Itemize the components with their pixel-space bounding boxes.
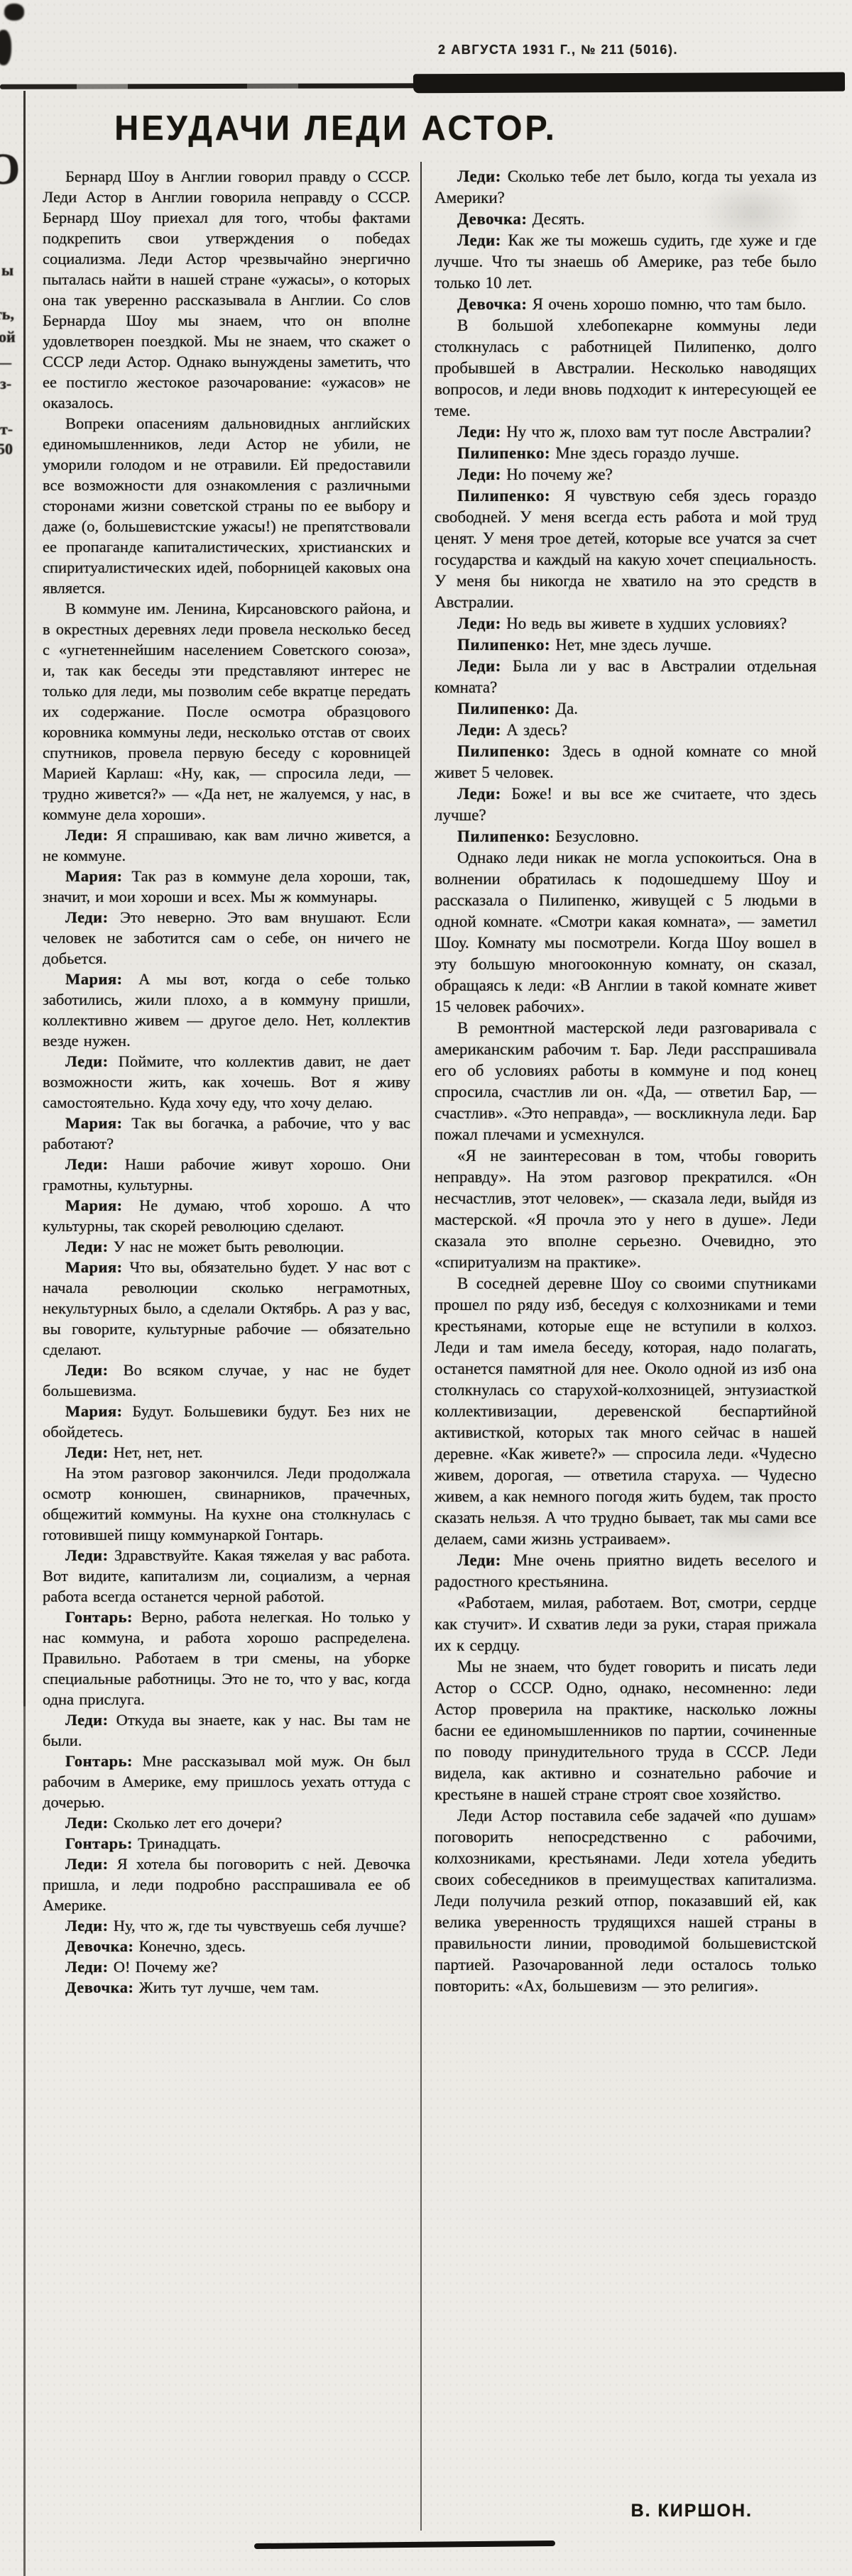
article-paragraph: Леди: Боже! и вы все же считаете, что зд…	[435, 783, 816, 826]
speaker-name: Леди:	[65, 1546, 109, 1564]
speaker-name: Леди:	[65, 1238, 109, 1255]
speaker-name: Леди:	[65, 1711, 109, 1729]
article-paragraph: Леди: Я хотела бы поговорить с ней. Дево…	[43, 1854, 410, 1915]
speaker-name: Пилипенко:	[457, 827, 550, 845]
speaker-name: Девочка:	[65, 1937, 133, 1955]
article-paragraph: Леди: Нет, нет, нет.	[43, 1442, 410, 1463]
speaker-name: Леди:	[457, 721, 501, 739]
speaker-name: Мария:	[65, 1402, 123, 1420]
page-title: НЕУДАЧИ ЛЕДИ АСТОР.	[91, 107, 581, 148]
article-paragraph: В ремонтной мастерской леди разговаривал…	[435, 1018, 816, 1145]
article-paragraph: Леди: Во всяком случае, у нас не будет б…	[43, 1360, 410, 1401]
article-paragraph: Леди: Откуда вы знаете, как у нас. Вы та…	[43, 1710, 410, 1751]
article-paragraph: В соседней деревне Шоу со своими спутник…	[435, 1273, 816, 1550]
article-paragraph: В коммуне им. Ленина, Кирсановского райо…	[43, 598, 410, 825]
masthead-rule-thin	[0, 83, 426, 89]
article-paragraph: На этом разговор закончился. Леди продол…	[43, 1463, 410, 1545]
article-paragraph: Мария: Не думаю, чтоб хорошо. А что куль…	[43, 1195, 410, 1236]
margin-text-fragment: ы	[1, 261, 13, 280]
speaker-name: Гонтарь:	[65, 1752, 133, 1770]
article-paragraph: Пилипенко: Безусловно.	[435, 826, 816, 847]
article-paragraph: Леди: Это неверно. Это вам внушают. Если…	[43, 907, 410, 969]
speaker-name: Леди:	[457, 785, 501, 803]
article-paragraph: Пилипенко: Я чувствую себя здесь гораздо…	[435, 485, 816, 613]
speaker-name: Пилипенко:	[457, 742, 550, 760]
speaker-name: Леди:	[65, 1443, 109, 1461]
article-paragraph: Пилипенко: Да.	[435, 698, 816, 720]
article-paragraph: Мария: Что вы, обязательно будет. У нас …	[43, 1257, 410, 1360]
article-paragraph: Вопреки опасениям дальновидных английски…	[43, 413, 410, 598]
article-paragraph: Девочка: Десять.	[435, 209, 816, 230]
article-paragraph: Леди: Но почему же?	[435, 464, 816, 485]
article-paragraph: Леди: Ну, что ж, где ты чувствуешь себя …	[43, 1915, 410, 1936]
article-paragraph: Леди: А здесь?	[435, 720, 816, 741]
margin-text-fragment: з-	[0, 375, 11, 393]
article-paragraph: Леди: Ну что ж, плохо вам тут после Авст…	[435, 422, 816, 443]
article-paragraph: Мария: А мы вот, когда о себе только заб…	[43, 969, 410, 1051]
newspaper-page: 2 АВГУСТА 1931 Г., № 211 (5016). НЕУДАЧИ…	[0, 0, 852, 2576]
column-divider-rule	[420, 162, 422, 2531]
speaker-name: Леди:	[65, 1814, 109, 1832]
speaker-name: Девочка:	[457, 210, 528, 228]
article-paragraph: «Я не заинтересован в том, чтобы говорит…	[435, 1145, 816, 1273]
left-margin-rule	[23, 91, 26, 2576]
article-paragraph: Леди: Но ведь вы живете в худших условия…	[435, 613, 816, 634]
article-paragraph: Однако леди никак не могла успокоиться. …	[435, 847, 816, 1018]
speaker-name: Леди:	[457, 657, 501, 675]
article-paragraph: Пилипенко: Мне здесь гораздо лучше.	[435, 443, 816, 464]
ink-smudge	[0, 30, 11, 65]
masthead-rule-thick	[413, 72, 845, 94]
speaker-name: Леди:	[65, 908, 109, 926]
speaker-name: Леди:	[65, 826, 109, 844]
article-paragraph: «Работаем, милая, работаем. Вот, смотри,…	[435, 1592, 816, 1656]
article-paragraph: Леди: О! Почему же?	[43, 1956, 410, 1977]
article-paragraph: Леди: Сколько тебе лет было, когда ты уе…	[435, 166, 816, 209]
article-column-left: Бернард Шоу в Англии говорил правду о СС…	[43, 166, 410, 1998]
article-paragraph: Мы не знаем, что будет говорить и писать…	[435, 1656, 816, 1805]
article-paragraph: Гонтарь: Верно, работа нелегкая. Но толь…	[43, 1607, 410, 1710]
speaker-name: Девочка:	[65, 1978, 133, 1996]
margin-text-fragment: —	[0, 353, 11, 372]
speaker-name: Мария:	[65, 1258, 123, 1276]
article-paragraph: Бернард Шоу в Англии говорил правду о СС…	[43, 166, 410, 413]
article-paragraph: Пилипенко: Здесь в одной комнате со мной…	[435, 741, 816, 783]
speaker-name: Мария:	[65, 1114, 123, 1132]
article-paragraph: Леди Астор поставила себе задачей «по ду…	[435, 1805, 816, 1997]
article-paragraph: Леди: Мне очень приятно видеть веселого …	[435, 1550, 816, 1592]
article-paragraph: Леди: Я спрашиваю, как вам лично живется…	[43, 825, 410, 866]
margin-text-fragment: ть,	[0, 305, 14, 324]
speaker-name: Леди:	[65, 1855, 109, 1873]
article-paragraph: Леди: Поймите, что коллектив давит, не д…	[43, 1051, 410, 1113]
speaker-name: Леди:	[65, 1361, 109, 1379]
article-paragraph: В большой хлебопекарне коммуны леди стол…	[435, 315, 816, 422]
speaker-name: Мария:	[65, 1196, 123, 1214]
speaker-name: Девочка:	[457, 295, 528, 313]
speaker-name: Леди:	[457, 423, 501, 441]
author-signature: В. КИРШОН.	[435, 2501, 753, 2521]
article-paragraph: Леди: У нас не может быть революции.	[43, 1236, 410, 1257]
article-paragraph: Леди: Как же ты можешь судить, где хуже …	[435, 230, 816, 294]
speaker-name: Мария:	[65, 867, 123, 885]
speaker-name: Леди:	[457, 231, 501, 249]
speaker-name: Леди:	[65, 1052, 109, 1070]
article-paragraph: Мария: Будут. Большевики будут. Без них …	[43, 1401, 410, 1442]
dateline: 2 АВГУСТА 1931 Г., № 211 (5016).	[438, 43, 793, 57]
speaker-name: Пилипенко:	[457, 700, 550, 717]
margin-text-fragment: О	[0, 145, 20, 195]
margin-text-fragment: ой	[0, 328, 16, 346]
article-paragraph: Леди: Сколько лет его дочери?	[43, 1812, 410, 1833]
speaker-name: Мария:	[65, 970, 123, 988]
speaker-name: Пилипенко:	[457, 444, 550, 462]
article-paragraph: Гонтарь: Мне рассказывал мой муж. Он был…	[43, 1751, 410, 1812]
speaker-name: Пилипенко:	[457, 636, 550, 654]
speaker-name: Леди:	[65, 1958, 109, 1976]
speaker-name: Леди:	[457, 615, 501, 632]
article-paragraph: Пилипенко: Нет, мне здесь лучше.	[435, 634, 816, 656]
ink-smudge	[4, 4, 24, 21]
article-paragraph: Мария: Так вы богачка, а рабочие, что у …	[43, 1113, 410, 1154]
speaker-name: Леди:	[65, 1917, 109, 1934]
article-paragraph: Гонтарь: Тринадцать.	[43, 1833, 410, 1854]
speaker-name: Леди:	[457, 1551, 501, 1569]
article-paragraph: Девочка: Конечно, здесь.	[43, 1936, 410, 1956]
speaker-name: Гонтарь:	[65, 1834, 133, 1852]
speaker-name: Гонтарь:	[65, 1608, 133, 1626]
margin-text-fragment: 50	[0, 440, 13, 458]
speaker-name: Пилипенко:	[457, 487, 550, 505]
article-paragraph: Мария: Так раз в коммуне дела хороши, та…	[43, 866, 410, 907]
article-paragraph: Девочка: Я очень хорошо помню, что там б…	[435, 294, 816, 315]
article-column-right: Леди: Сколько тебе лет было, когда ты уе…	[435, 166, 816, 1997]
margin-text-fragment: т-	[0, 420, 13, 439]
article-paragraph: Леди: Здравствуйте. Какая тяжелая у вас …	[43, 1545, 410, 1607]
article-paragraph: Леди: Наши рабочие живут хорошо. Они гра…	[43, 1154, 410, 1195]
article-paragraph: Девочка: Жить тут лучше, чем там.	[43, 1977, 410, 1998]
speaker-name: Леди:	[457, 167, 501, 185]
speaker-name: Леди:	[457, 466, 501, 483]
article-paragraph: Леди: Была ли у вас в Австралии отдельна…	[435, 656, 816, 698]
speaker-name: Леди:	[65, 1155, 109, 1173]
footer-rule	[254, 2541, 555, 2549]
